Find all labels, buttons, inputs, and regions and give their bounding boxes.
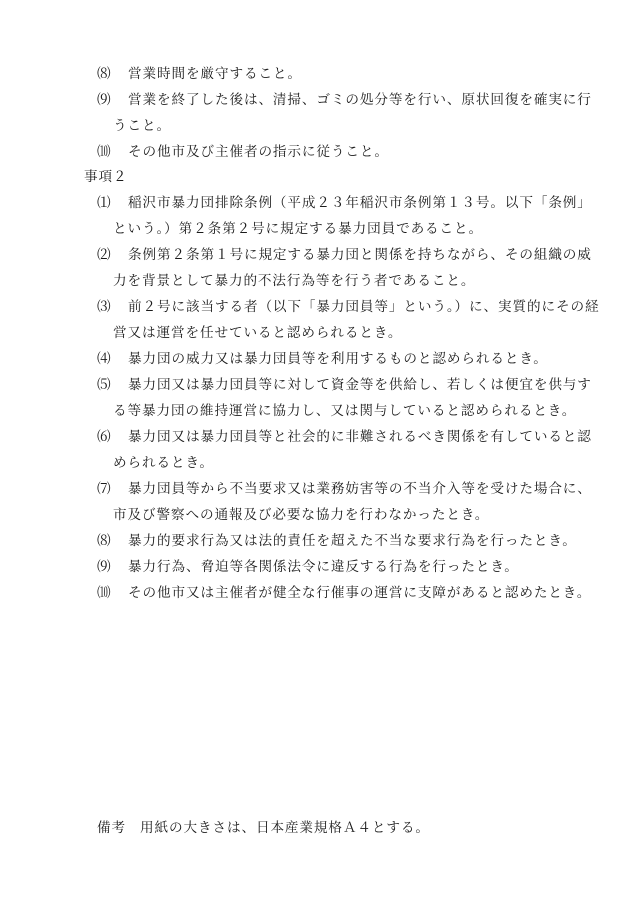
remark: 備考 用紙の大きさは、日本産業規格Ａ４とする。 — [0, 815, 630, 841]
item-text: 営又は運営を任せていると認められるとき。 — [113, 320, 402, 346]
section-heading: 事項２ — [0, 164, 630, 190]
item-text: る等暴力団の維持運営に協力し、又は関与していると認められるとき。 — [113, 398, 576, 424]
remark-label: 備考 — [97, 815, 126, 841]
item-number: ⑽ — [97, 580, 125, 606]
list-item-continuation: という。）第２条第２号に規定する暴力団員であること。 — [0, 216, 630, 242]
list-item: ⑵ 条例第２条第１号に規定する暴力団と関係を持ちながら、その組織の威 — [0, 242, 630, 268]
item-text: 暴力団又は暴力団員等に対して資金等を供給し、若しくは便宜を供与す — [128, 372, 592, 398]
list-item: ⑻ 営業時間を厳守すること。 — [0, 61, 630, 87]
list-item-continuation: うこと。 — [0, 113, 630, 139]
list-item: ⑺ 暴力団員等から不当要求又は業務妨害等の不当介入等を受けた場合に、 — [0, 476, 630, 502]
item-text: 暴力団又は暴力団員等と社会的に非難されるべき関係を有していると認 — [128, 424, 592, 450]
item-text: められるとき。 — [113, 450, 214, 476]
item-text: 営業を終了した後は、清掃、ゴミの処分等を行い、原状回復を確実に行 — [128, 87, 592, 113]
item-text: 前２号に該当する者（以下「暴力団員等」という。）に、実質的にその経 — [128, 294, 600, 320]
list-item-continuation: る等暴力団の維持運営に協力し、又は関与していると認められるとき。 — [0, 398, 630, 424]
item-number: ⑺ — [97, 476, 125, 502]
list-item: ⑴ 稲沢市暴力団排除条例（平成２３年稲沢市条例第１３号。以下「条例」 — [0, 190, 630, 216]
item-text: うこと。 — [113, 113, 171, 139]
item-number: ⑼ — [97, 87, 125, 113]
item-number: ⑽ — [97, 139, 125, 165]
list-item: ⑼ 暴力行為、脅迫等各関係法令に違反する行為を行ったとき。 — [0, 554, 630, 580]
item-number: ⑸ — [97, 372, 125, 398]
item-number: ⑹ — [97, 424, 125, 450]
section-title: 事項２ — [84, 164, 127, 190]
list-item-continuation: められるとき。 — [0, 450, 630, 476]
item-text: 暴力団の威力又は暴力団員等を利用するものと認められるとき。 — [128, 346, 548, 372]
item-number: ⑴ — [97, 190, 125, 216]
remark-text: 用紙の大きさは、日本産業規格Ａ４とする。 — [140, 815, 430, 841]
list-item: ⑷ 暴力団の威力又は暴力団員等を利用するものと認められるとき。 — [0, 346, 630, 372]
item-text: 市及び警察への通報及び必要な協力を行わなかったとき。 — [113, 502, 489, 528]
item-number: ⑼ — [97, 554, 125, 580]
item-text: という。）第２条第２号に規定する暴力団員であること。 — [113, 216, 483, 242]
list-item: ⑻ 暴力的要求行為又は法的責任を超えた不当な要求行為を行ったとき。 — [0, 528, 630, 554]
list-item-continuation: 力を背景として暴力的不法行為等を行う者であること。 — [0, 268, 630, 294]
item-number: ⑻ — [97, 61, 125, 87]
item-number: ⑷ — [97, 346, 125, 372]
list-item: ⑼ 営業を終了した後は、清掃、ゴミの処分等を行い、原状回復を確実に行 — [0, 87, 630, 113]
list-item-continuation: 営又は運営を任せていると認められるとき。 — [0, 320, 630, 346]
document-page: ⑻ 営業時間を厳守すること。 ⑼ 営業を終了した後は、清掃、ゴミの処分等を行い、… — [0, 0, 630, 903]
item-text: 力を背景として暴力的不法行為等を行う者であること。 — [113, 268, 475, 294]
item-text: 暴力行為、脅迫等各関係法令に違反する行為を行ったとき。 — [128, 554, 519, 580]
list-item: ⑹ 暴力団又は暴力団員等と社会的に非難されるべき関係を有していると認 — [0, 424, 630, 450]
list-item-continuation: 市及び警察への通報及び必要な協力を行わなかったとき。 — [0, 502, 630, 528]
item-text: 暴力団員等から不当要求又は業務妨害等の不当介入等を受けた場合に、 — [128, 476, 592, 502]
item-number: ⑶ — [97, 294, 125, 320]
list-item: ⑶ 前２号に該当する者（以下「暴力団員等」という。）に、実質的にその経 — [0, 294, 630, 320]
item-number: ⑵ — [97, 242, 125, 268]
item-text: 営業時間を厳守すること。 — [128, 61, 302, 87]
item-text: 暴力的要求行為又は法的責任を超えた不当な要求行為を行ったとき。 — [128, 528, 577, 554]
list-item: ⑸ 暴力団又は暴力団員等に対して資金等を供給し、若しくは便宜を供与す — [0, 372, 630, 398]
item-text: 条例第２条第１号に規定する暴力団と関係を持ちながら、その組織の威 — [128, 242, 592, 268]
item-text: その他市又は主催者が健全な行催事の運営に支障があると認めたとき。 — [128, 580, 591, 606]
list-item: ⑽ その他市及び主催者の指示に従うこと。 — [0, 139, 630, 165]
item-number: ⑻ — [97, 528, 125, 554]
list-item: ⑽ その他市又は主催者が健全な行催事の運営に支障があると認めたとき。 — [0, 580, 630, 606]
item-text: 稲沢市暴力団排除条例（平成２３年稲沢市条例第１３号。以下「条例」 — [128, 190, 592, 216]
item-text: その他市及び主催者の指示に従うこと。 — [128, 139, 389, 165]
